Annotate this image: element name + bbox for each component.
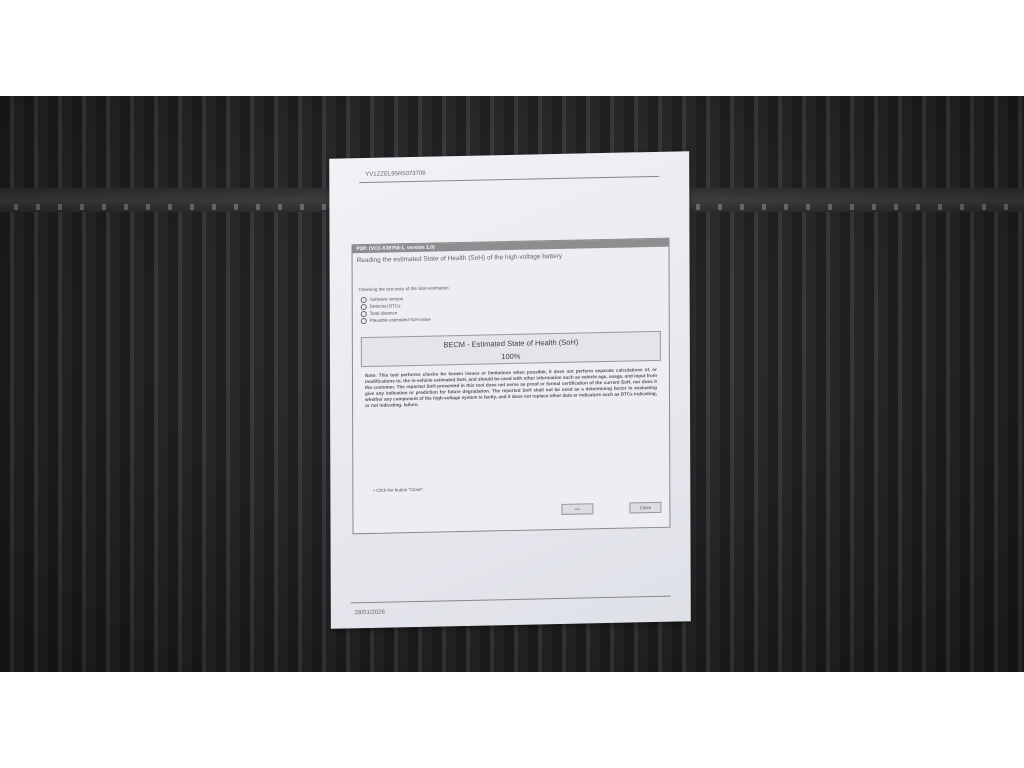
soh-result-box: BECM - Estimated State of Health (SoH) 1… xyxy=(361,331,661,367)
check-circle-icon xyxy=(361,318,367,324)
soh-value: 100% xyxy=(362,349,660,364)
footer-divider xyxy=(351,596,671,604)
check-title: Checking the accuracy of the SoH estimat… xyxy=(359,285,450,292)
print-date: 28/01/2026 xyxy=(355,610,385,617)
close-button: Close xyxy=(629,502,661,514)
disclaimer-note: Note: This tool performs checks for know… xyxy=(365,367,657,409)
instruction: • Click the button "Close". xyxy=(373,487,424,493)
diagnostic-dialog: P2P: (VCC-539758-1, version 1.0) Reading… xyxy=(352,238,671,535)
printed-report: YV1ZZEL95R5073706 P2P: (VCC-539758-1, ve… xyxy=(329,151,691,629)
vin-header: YV1ZZEL95R5073706 xyxy=(365,171,425,178)
check-list: Software version Detected DTCs Total dis… xyxy=(361,295,431,324)
back-button: << xyxy=(561,503,593,515)
check-item: Plausible estimated SoH value xyxy=(361,316,431,324)
